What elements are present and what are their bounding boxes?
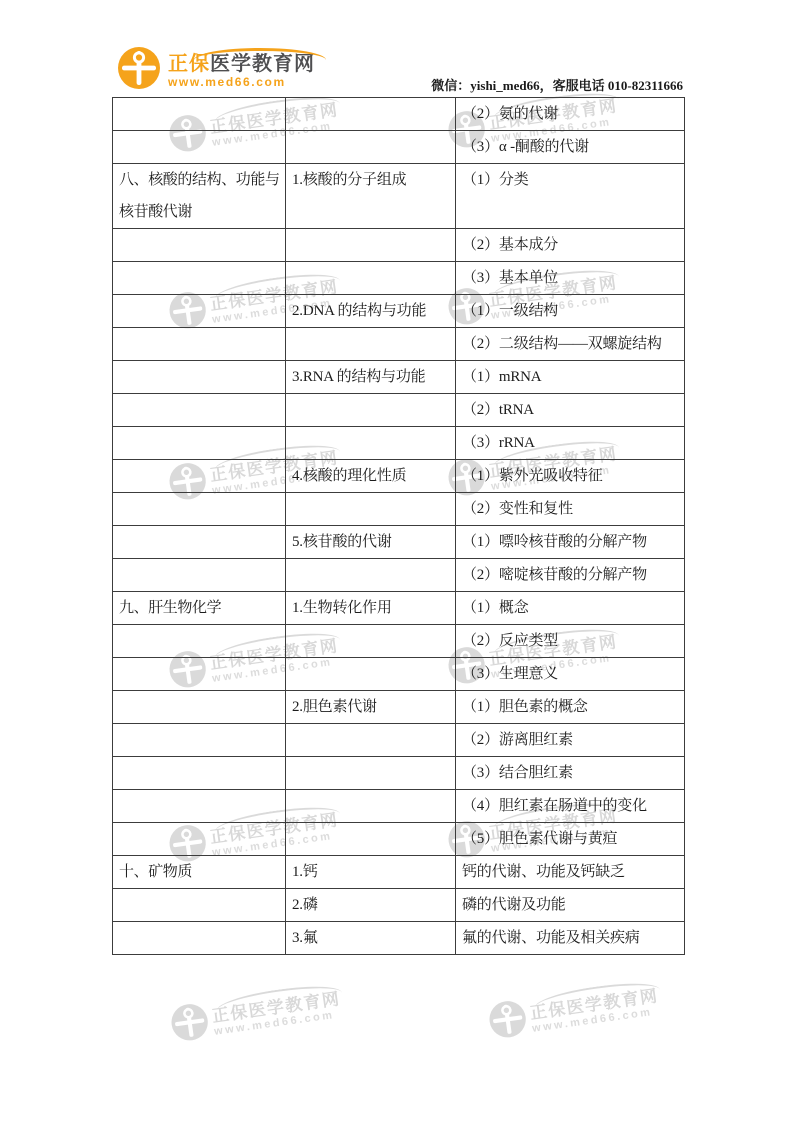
page: 正保医学教育网www.med66.com正保医学教育网www.med66.com… — [0, 0, 793, 1122]
cell-section — [286, 625, 456, 658]
cell-chapter: 十、矿物质 — [113, 856, 286, 889]
cell-item: （2）tRNA — [456, 394, 685, 427]
cell-item: （1）分类 — [456, 164, 685, 229]
cell-item: （1）胆色素的概念 — [456, 691, 685, 724]
cell-section: 1.生物转化作用 — [286, 592, 456, 625]
table-row: 3.氟氟的代谢、功能及相关疾病 — [113, 922, 685, 955]
watermark-cross-icon — [486, 998, 529, 1041]
cell-item: （2）反应类型 — [456, 625, 685, 658]
watermark-brand: 正保医学教育网 — [529, 986, 660, 1023]
cell-item: （2）基本成分 — [456, 229, 685, 262]
cell-section: 4.核酸的理化性质 — [286, 460, 456, 493]
cell-section: 1.钙 — [286, 856, 456, 889]
watermark-url: www.med66.com — [213, 1008, 343, 1039]
cell-chapter — [113, 427, 286, 460]
cell-chapter — [113, 658, 286, 691]
cell-item: （3）基本单位 — [456, 262, 685, 295]
table-row: （3）生理意义 — [113, 658, 685, 691]
table-row: 2.胆色素代谢（1）胆色素的概念 — [113, 691, 685, 724]
watermark: 正保医学教育网www.med66.com — [486, 978, 661, 1041]
cell-item: （3）结合胆红素 — [456, 757, 685, 790]
watermark-url: www.med66.com — [531, 1005, 661, 1036]
cell-chapter — [113, 922, 286, 955]
watermark-arc — [534, 978, 661, 1009]
cell-chapter — [113, 98, 286, 131]
table-row: 十、矿物质1.钙钙的代谢、功能及钙缺乏 — [113, 856, 685, 889]
table-row: （2）二级结构——双螺旋结构 — [113, 328, 685, 361]
cell-section — [286, 724, 456, 757]
table-row: 九、肝生物化学1.生物转化作用（1）概念 — [113, 592, 685, 625]
logo-url: www.med66.com — [168, 75, 315, 90]
cell-section — [286, 559, 456, 592]
table-row: （2）游离胆红素 — [113, 724, 685, 757]
cell-item: （1）mRNA — [456, 361, 685, 394]
table-row: （3）基本单位 — [113, 262, 685, 295]
watermark-text: 正保医学教育网www.med66.com — [528, 978, 662, 1036]
cell-section: 2.DNA 的结构与功能 — [286, 295, 456, 328]
watermark-arc — [216, 981, 343, 1012]
table-row: 2.磷磷的代谢及功能 — [113, 889, 685, 922]
cell-chapter — [113, 790, 286, 823]
cell-chapter — [113, 691, 286, 724]
cell-chapter — [113, 229, 286, 262]
cell-item: （2）二级结构——双螺旋结构 — [456, 328, 685, 361]
table-row: 2.DNA 的结构与功能（1）一级结构 — [113, 295, 685, 328]
logo-text: 正保医学教育网 www.med66.com — [168, 47, 315, 90]
cell-item: （3）α -酮酸的代谢 — [456, 131, 685, 164]
cell-chapter — [113, 460, 286, 493]
cell-item: （1）紫外光吸收特征 — [456, 460, 685, 493]
cell-chapter — [113, 559, 286, 592]
cell-item: 钙的代谢、功能及钙缺乏 — [456, 856, 685, 889]
cell-section — [286, 427, 456, 460]
cell-chapter — [113, 757, 286, 790]
cell-section — [286, 262, 456, 295]
cell-section — [286, 131, 456, 164]
header: 正保医学教育网 www.med66.com 微信：yishi_med66，客服电… — [112, 45, 684, 97]
table-row: （2）变性和复性 — [113, 493, 685, 526]
watermark: 正保医学教育网www.med66.com — [168, 981, 343, 1044]
table-row: （2）tRNA — [113, 394, 685, 427]
cell-section — [286, 790, 456, 823]
syllabus-table: （2）氨的代谢（3）α -酮酸的代谢八、核酸的结构、功能与 核苷酸代谢1.核酸的… — [112, 97, 685, 955]
cell-chapter — [113, 328, 286, 361]
site-logo: 正保医学教育网 www.med66.com — [117, 46, 315, 90]
cell-item: （3）生理意义 — [456, 658, 685, 691]
cell-section — [286, 493, 456, 526]
watermark-text: 正保医学教育网www.med66.com — [210, 981, 344, 1039]
cell-item: （1）概念 — [456, 592, 685, 625]
cell-item: （1）一级结构 — [456, 295, 685, 328]
cell-section — [286, 229, 456, 262]
table-row: 八、核酸的结构、功能与 核苷酸代谢1.核酸的分子组成（1）分类 — [113, 164, 685, 229]
cell-chapter — [113, 295, 286, 328]
cell-chapter — [113, 526, 286, 559]
logo-cross-icon — [117, 46, 161, 90]
cell-section — [286, 98, 456, 131]
table-row: （2）基本成分 — [113, 229, 685, 262]
cell-section: 3.氟 — [286, 922, 456, 955]
cell-chapter — [113, 131, 286, 164]
table-row: （3）结合胆红素 — [113, 757, 685, 790]
cell-item: （4）胆红素在肠道中的变化 — [456, 790, 685, 823]
cell-chapter — [113, 625, 286, 658]
table-row: 5.核苷酸的代谢（1）嘌呤核苷酸的分解产物 — [113, 526, 685, 559]
watermark-cross-icon — [168, 1001, 211, 1044]
cell-chapter — [113, 262, 286, 295]
table-row: （2）氨的代谢 — [113, 98, 685, 131]
cell-section — [286, 328, 456, 361]
cell-section: 5.核苷酸的代谢 — [286, 526, 456, 559]
table-row: 3.RNA 的结构与功能（1）mRNA — [113, 361, 685, 394]
cell-item: （2）游离胆红素 — [456, 724, 685, 757]
cell-section — [286, 394, 456, 427]
cell-chapter — [113, 361, 286, 394]
table-row: （4）胆红素在肠道中的变化 — [113, 790, 685, 823]
table-row: （5）胆色素代谢与黄疸 — [113, 823, 685, 856]
cell-section — [286, 823, 456, 856]
table-row: （3）α -酮酸的代谢 — [113, 131, 685, 164]
cell-item: （2）嘧啶核苷酸的分解产物 — [456, 559, 685, 592]
cell-chapter: 八、核酸的结构、功能与 核苷酸代谢 — [113, 164, 286, 229]
cell-section: 1.核酸的分子组成 — [286, 164, 456, 229]
watermark-brand: 正保医学教育网 — [211, 989, 342, 1026]
table-row: （3）rRNA — [113, 427, 685, 460]
logo-arc — [194, 48, 326, 63]
contact-info: 微信：yishi_med66，客服电话 010-82311666 — [431, 75, 683, 94]
cell-section: 3.RNA 的结构与功能 — [286, 361, 456, 394]
cell-item: 磷的代谢及功能 — [456, 889, 685, 922]
table-row: （2）反应类型 — [113, 625, 685, 658]
cell-item: （2）变性和复性 — [456, 493, 685, 526]
table-row: 4.核酸的理化性质（1）紫外光吸收特征 — [113, 460, 685, 493]
cell-item: （2）氨的代谢 — [456, 98, 685, 131]
cell-section — [286, 757, 456, 790]
table-row: （2）嘧啶核苷酸的分解产物 — [113, 559, 685, 592]
cell-item: 氟的代谢、功能及相关疾病 — [456, 922, 685, 955]
cell-chapter — [113, 493, 286, 526]
cell-item: （3）rRNA — [456, 427, 685, 460]
cell-section: 2.胆色素代谢 — [286, 691, 456, 724]
cell-chapter — [113, 724, 286, 757]
cell-chapter — [113, 394, 286, 427]
cell-chapter — [113, 823, 286, 856]
cell-chapter — [113, 889, 286, 922]
cell-item: （5）胆色素代谢与黄疸 — [456, 823, 685, 856]
cell-chapter: 九、肝生物化学 — [113, 592, 286, 625]
cell-section — [286, 658, 456, 691]
cell-section: 2.磷 — [286, 889, 456, 922]
cell-item: （1）嘌呤核苷酸的分解产物 — [456, 526, 685, 559]
